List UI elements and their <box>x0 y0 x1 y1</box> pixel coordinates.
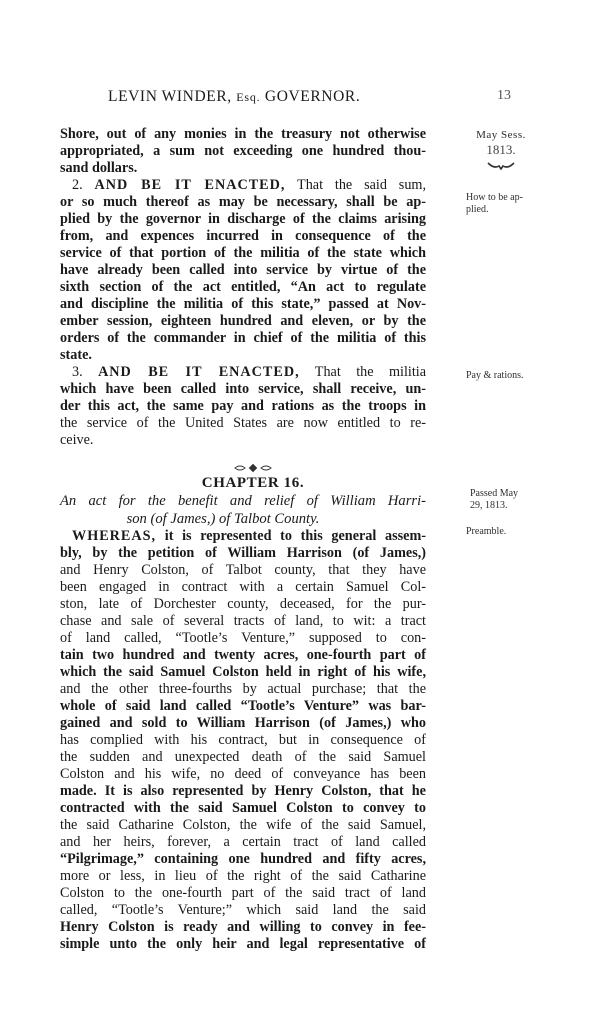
text-line: plied by the governor in discharge of th… <box>60 211 426 228</box>
text-line: has complied with his contract, but in c… <box>60 732 426 749</box>
margin-note-line: Passed May <box>470 488 518 500</box>
flourish-ornament-icon <box>466 157 536 167</box>
margin-note-how-applied: How to be ap- plied. <box>466 192 523 216</box>
text-line: been engaged in contract with a certain … <box>60 579 426 596</box>
text-line: contracted with the said Samuel Colston … <box>60 800 426 817</box>
text-line: sixth section of the act entitled, “An a… <box>60 279 426 296</box>
text-line: and discipline the militia of this state… <box>60 296 426 313</box>
scanned-page: LEVIN WINDER, Esq. GOVERNOR. 13 May Sess… <box>0 0 600 1034</box>
text-line: bly, by the petition of William Harrison… <box>60 545 426 562</box>
text-line: Shore, out of any monies in the treasury… <box>60 126 426 143</box>
preamble-first-line: WHEREAS, it is represented to this gener… <box>60 528 426 545</box>
text-line: called, “Tootle’s Venture;” which said l… <box>60 902 426 919</box>
text-line: more or less, in lieu of the right of th… <box>60 868 426 885</box>
text-line: of land called, “Tootle’s Venture,” supp… <box>60 630 426 647</box>
text-fragment: That the militia <box>315 364 426 380</box>
text-line: the said Catharine Colston, the wife of … <box>60 817 426 834</box>
page-number: 13 <box>497 88 511 104</box>
body-text: Shore, out of any monies in the treasury… <box>60 126 426 953</box>
running-head-esq: Esq. <box>236 90 260 104</box>
text-line: Colston to the one-fourth part of the sa… <box>60 885 426 902</box>
text-line: ston, late of Dorchester county, decease… <box>60 596 426 613</box>
text-fragment: That the said sum, <box>297 177 426 193</box>
text-line: which the said Samuel Colston held in ri… <box>60 664 426 681</box>
text-line: the sudden and unexpected death of the s… <box>60 749 426 766</box>
text-line: from, and expences incurred in consequen… <box>60 228 426 245</box>
text-line: which have been called into service, sha… <box>60 381 426 398</box>
section-first-line: 2. AND BE IT ENACTED, That the said sum, <box>60 177 426 194</box>
running-head: LEVIN WINDER, Esq. GOVERNOR. <box>108 88 360 106</box>
margin-note-pay-rations: Pay & rations. <box>466 370 524 382</box>
text-line: have already been called into service by… <box>60 262 426 279</box>
enacting-clause: AND BE IT ENACTED, <box>98 364 300 380</box>
chapter-16: CHAPTER 16. An act for the benefit and r… <box>60 463 426 953</box>
text-line: ember session, eighteen hundred and elev… <box>60 313 426 330</box>
text-line: “Pilgrimage,” containing one hundred and… <box>60 851 426 868</box>
text-line: state. <box>60 347 426 364</box>
text-line: simple unto the only heir and legal repr… <box>60 936 426 953</box>
text-line: whole of said land called “Tootle’s Vent… <box>60 698 426 715</box>
running-head-name: LEVIN WINDER, <box>108 88 232 105</box>
act-title-line-1: An act for the benefit and relief of Wil… <box>60 492 426 510</box>
text-line: Colston and his wife, no deed of conveya… <box>60 766 426 783</box>
text-line: the service of the United States are now… <box>60 415 426 432</box>
act-title-line-2: son (of James,) of Talbot County. <box>60 510 426 528</box>
section-3: 3. AND BE IT ENACTED, That the militia w… <box>60 364 426 449</box>
session-year: 1813. <box>466 142 536 157</box>
chapter-ornament-icon <box>60 463 426 475</box>
text-line: der this act, the same pay and rations a… <box>60 398 426 415</box>
section-number: 3. <box>72 364 83 380</box>
margin-note-passed: Passed May 29, 1813. <box>470 488 518 512</box>
text-line: and her heirs, forever, a certain tract … <box>60 834 426 851</box>
text-line: service of that portion of the militia o… <box>60 245 426 262</box>
text-line: and Henry Colston, of Talbot county, tha… <box>60 562 426 579</box>
section-2: 2. AND BE IT ENACTED, That the said sum,… <box>60 177 426 364</box>
running-head-title: GOVERNOR. <box>265 88 360 105</box>
session-label: May Sess. <box>466 129 536 142</box>
section-continuation: Shore, out of any monies in the treasury… <box>60 126 426 177</box>
text-line: or so much thereof as may be necessary, … <box>60 194 426 211</box>
text-line: ceive. <box>60 432 426 449</box>
text-fragment: it is represented to this general assem- <box>165 528 426 544</box>
margin-note-preamble: Preamble. <box>466 526 506 538</box>
text-line: sand dollars. <box>60 160 426 177</box>
margin-note-line: 29, 1813. <box>470 500 518 512</box>
text-line: appropriated, a sum not exceeding one hu… <box>60 143 426 160</box>
margin-note-line: How to be ap- <box>466 192 523 204</box>
text-line: tain two hundred and twenty acres, one-f… <box>60 647 426 664</box>
section-first-line: 3. AND BE IT ENACTED, That the militia <box>60 364 426 381</box>
text-line: orders of the commander in chief of the … <box>60 330 426 347</box>
text-line: made. It is also represented by Henry Co… <box>60 783 426 800</box>
text-line: and the other three-fourths by actual pu… <box>60 681 426 698</box>
session-note: May Sess. 1813. <box>466 129 536 167</box>
margin-note-line: plied. <box>466 204 523 216</box>
text-line: gained and sold to William Harrison (of … <box>60 715 426 732</box>
text-line: Henry Colston is ready and willing to co… <box>60 919 426 936</box>
whereas-clause: WHEREAS, <box>72 528 156 544</box>
text-line: chase and sale of several tracts of land… <box>60 613 426 630</box>
enacting-clause: AND BE IT ENACTED, <box>95 177 286 193</box>
section-number: 2. <box>72 177 83 193</box>
spacer <box>60 449 426 463</box>
chapter-title: CHAPTER 16. <box>60 475 426 492</box>
